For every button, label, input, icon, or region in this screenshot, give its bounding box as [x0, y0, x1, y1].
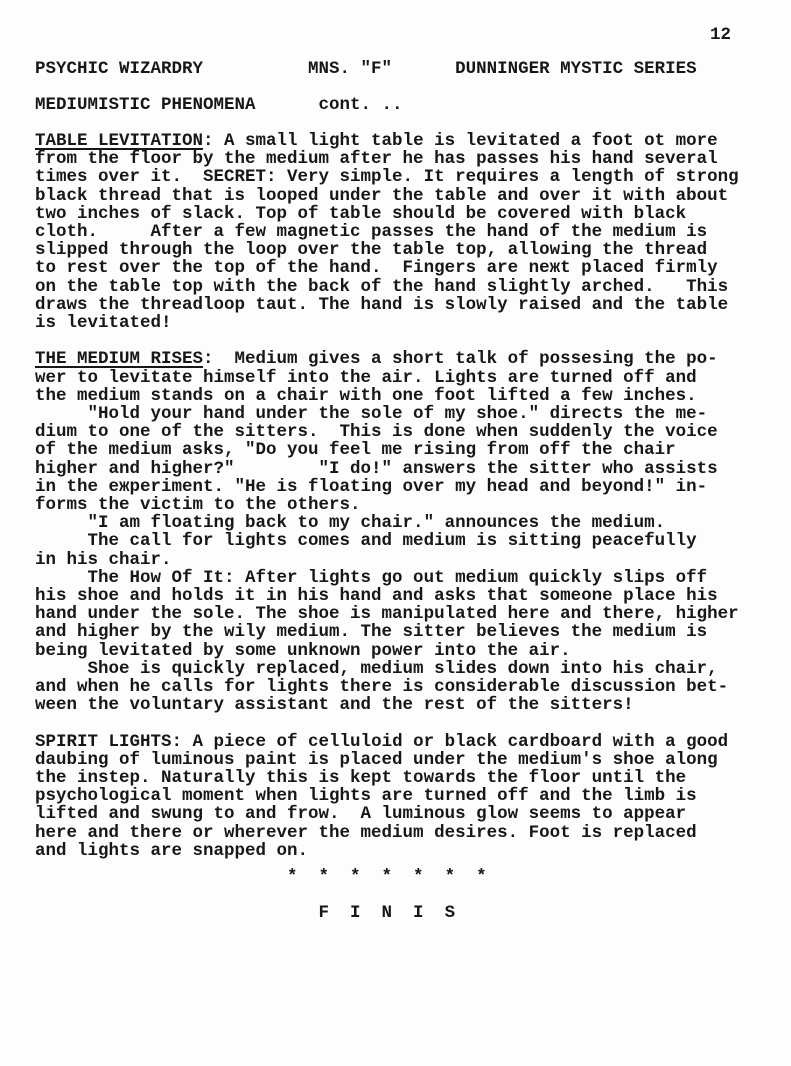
text-segment: : Medium gives a short talk of possesing…: [203, 349, 718, 369]
paragraph-1: TABLE LEVITATION: A small light table is…: [35, 132, 739, 332]
text-line: The call for lights comes and medium is …: [35, 532, 739, 550]
document-body: TABLE LEVITATION: A small light table is…: [35, 132, 739, 878]
section-heading: SPIRIT LIGHTS: [35, 732, 172, 752]
text-segment: : A piece of celluloid or black cardboar…: [172, 732, 729, 752]
paragraph-3: SPIRIT LIGHTS: A piece of celluloid or b…: [35, 733, 739, 860]
text-line: of the medium asks, "Do you feel me risi…: [35, 441, 739, 459]
text-line: cloth. After a few magnetic passes the h…: [35, 223, 739, 241]
text-line: and lights are snapped on.: [35, 842, 739, 860]
section-heading: TABLE LEVITATION: [35, 131, 203, 151]
text-line: black thread that is looped under the ta…: [35, 187, 739, 205]
text-line: TABLE LEVITATION: A small light table is…: [35, 132, 739, 150]
text-line: on the table top with the back of the ha…: [35, 278, 739, 296]
asterisk-separator: * * * * * * *: [35, 868, 487, 886]
text-line: slipped through the loop over the table …: [35, 241, 739, 259]
document-page: 12 PSYCHIC WIZARDRY MNS. "F" DUNNINGER M…: [0, 0, 791, 1066]
text-line: wer to levitate himself into the air. Li…: [35, 369, 739, 387]
text-line: from the floor by the medium after he ha…: [35, 150, 739, 168]
text-line: SPIRIT LIGHTS: A piece of celluloid or b…: [35, 733, 739, 751]
text-line: higher and higher?" "I do!" answers the …: [35, 460, 739, 478]
text-line: The How Of It: After lights go out mediu…: [35, 569, 739, 587]
header-line-2: MEDIUMISTIC PHENOMENA cont. ..: [35, 96, 403, 114]
text-line: and when he calls for lights there is co…: [35, 678, 739, 696]
text-line: daubing of luminous paint is placed unde…: [35, 751, 739, 769]
header-line-1: PSYCHIC WIZARDRY MNS. "F" DUNNINGER MYST…: [35, 60, 697, 78]
text-line: and higher by the wily medium. The sitte…: [35, 623, 739, 641]
text-line: THE MEDIUM RISES: Medium gives a short t…: [35, 350, 739, 368]
text-line: psychological moment when lights are tur…: [35, 787, 739, 805]
text-line: two inches of slack. Top of table should…: [35, 205, 739, 223]
text-line: hand under the sole. The shoe is manipul…: [35, 605, 739, 623]
text-line: dium to one of the sitters. This is done…: [35, 423, 739, 441]
text-line: Shoe is quickly replaced, medium slides …: [35, 660, 739, 678]
text-line: forms the victim to the others.: [35, 496, 739, 514]
text-line: in his chair.: [35, 551, 739, 569]
text-line: being levitated by some unknown power in…: [35, 642, 739, 660]
text-line: the medium stands on a chair with one fo…: [35, 387, 739, 405]
text-segment: : A small light table is levitated a foo…: [203, 131, 718, 151]
text-line: "Hold your hand under the sole of my sho…: [35, 405, 739, 423]
text-line: in the eжperiment. "He is floating over …: [35, 478, 739, 496]
text-line: ween the voluntary assistant and the res…: [35, 696, 739, 714]
text-line: to rest over the top of the hand. Finger…: [35, 259, 739, 277]
section-heading: THE MEDIUM RISES: [35, 349, 203, 369]
text-line: the instep. Naturally this is kept towar…: [35, 769, 739, 787]
text-line: "I am floating back to my chair." announ…: [35, 514, 739, 532]
text-line: lifted and swung to and frow. A luminous…: [35, 805, 739, 823]
text-line: here and there or wherever the medium de…: [35, 824, 739, 842]
finis-label: F I N I S: [35, 904, 455, 922]
text-line: is levitated!: [35, 314, 739, 332]
paragraph-2: THE MEDIUM RISES: Medium gives a short t…: [35, 350, 739, 714]
text-line: his shoe and holds it in his hand and as…: [35, 587, 739, 605]
text-line: draws the threadloop taut. The hand is s…: [35, 296, 739, 314]
page-number: 12: [710, 26, 731, 44]
text-line: times over it. SECRET: Very simple. It r…: [35, 168, 739, 186]
